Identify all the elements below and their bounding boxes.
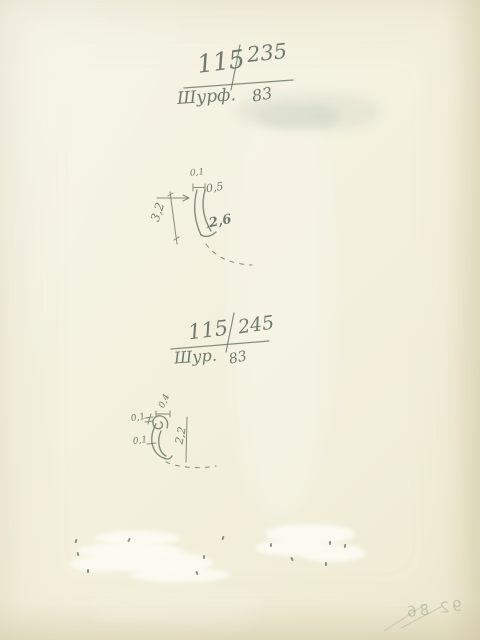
sketch1-dashed-arc [206, 244, 252, 265]
sketch1-side-dim: 0,5 [205, 181, 224, 195]
pencil-speck [203, 555, 205, 559]
sketch1-width-arrow [157, 195, 189, 201]
entry1-right-number: 235 [246, 41, 288, 66]
sketch1-height-line [168, 192, 179, 244]
entry2-right-number: 245 [237, 314, 276, 338]
sketch2-upper-ticks [145, 414, 153, 424]
sketch1-top-bracket [193, 184, 205, 191]
sketch1-profile-left [195, 190, 201, 235]
entry2-number-below: 83 [228, 349, 248, 366]
pencil-speck [329, 541, 331, 545]
scanned-page: 115 235 Шурф. 83 0,1 0,5 3,2 2,6 115 245… [0, 0, 480, 640]
pencil-speck [270, 543, 272, 547]
sketch2-lower-tick [147, 443, 156, 444]
sketch2-profile-inner [159, 431, 166, 456]
sketch1-profile-foot [201, 232, 216, 236]
whiteout-patch [130, 568, 230, 582]
entry1-left-number: 115 [196, 46, 246, 77]
sketch1-top-dim: 0,1 [190, 168, 205, 178]
sketch2-dashed-line [166, 462, 216, 468]
sketch2-height-dim: 2,2 [174, 426, 188, 445]
pencil-speck [325, 562, 327, 566]
entry1-label: Шурф. [176, 87, 236, 108]
entry2-label: Шур. [173, 348, 217, 367]
whiteout-patch [300, 544, 365, 562]
entry1-number-below: 83 [251, 85, 274, 104]
pencil-speck [87, 569, 89, 573]
sketch2-profile-foot [164, 456, 172, 459]
entry2-left-number: 115 [187, 318, 229, 344]
